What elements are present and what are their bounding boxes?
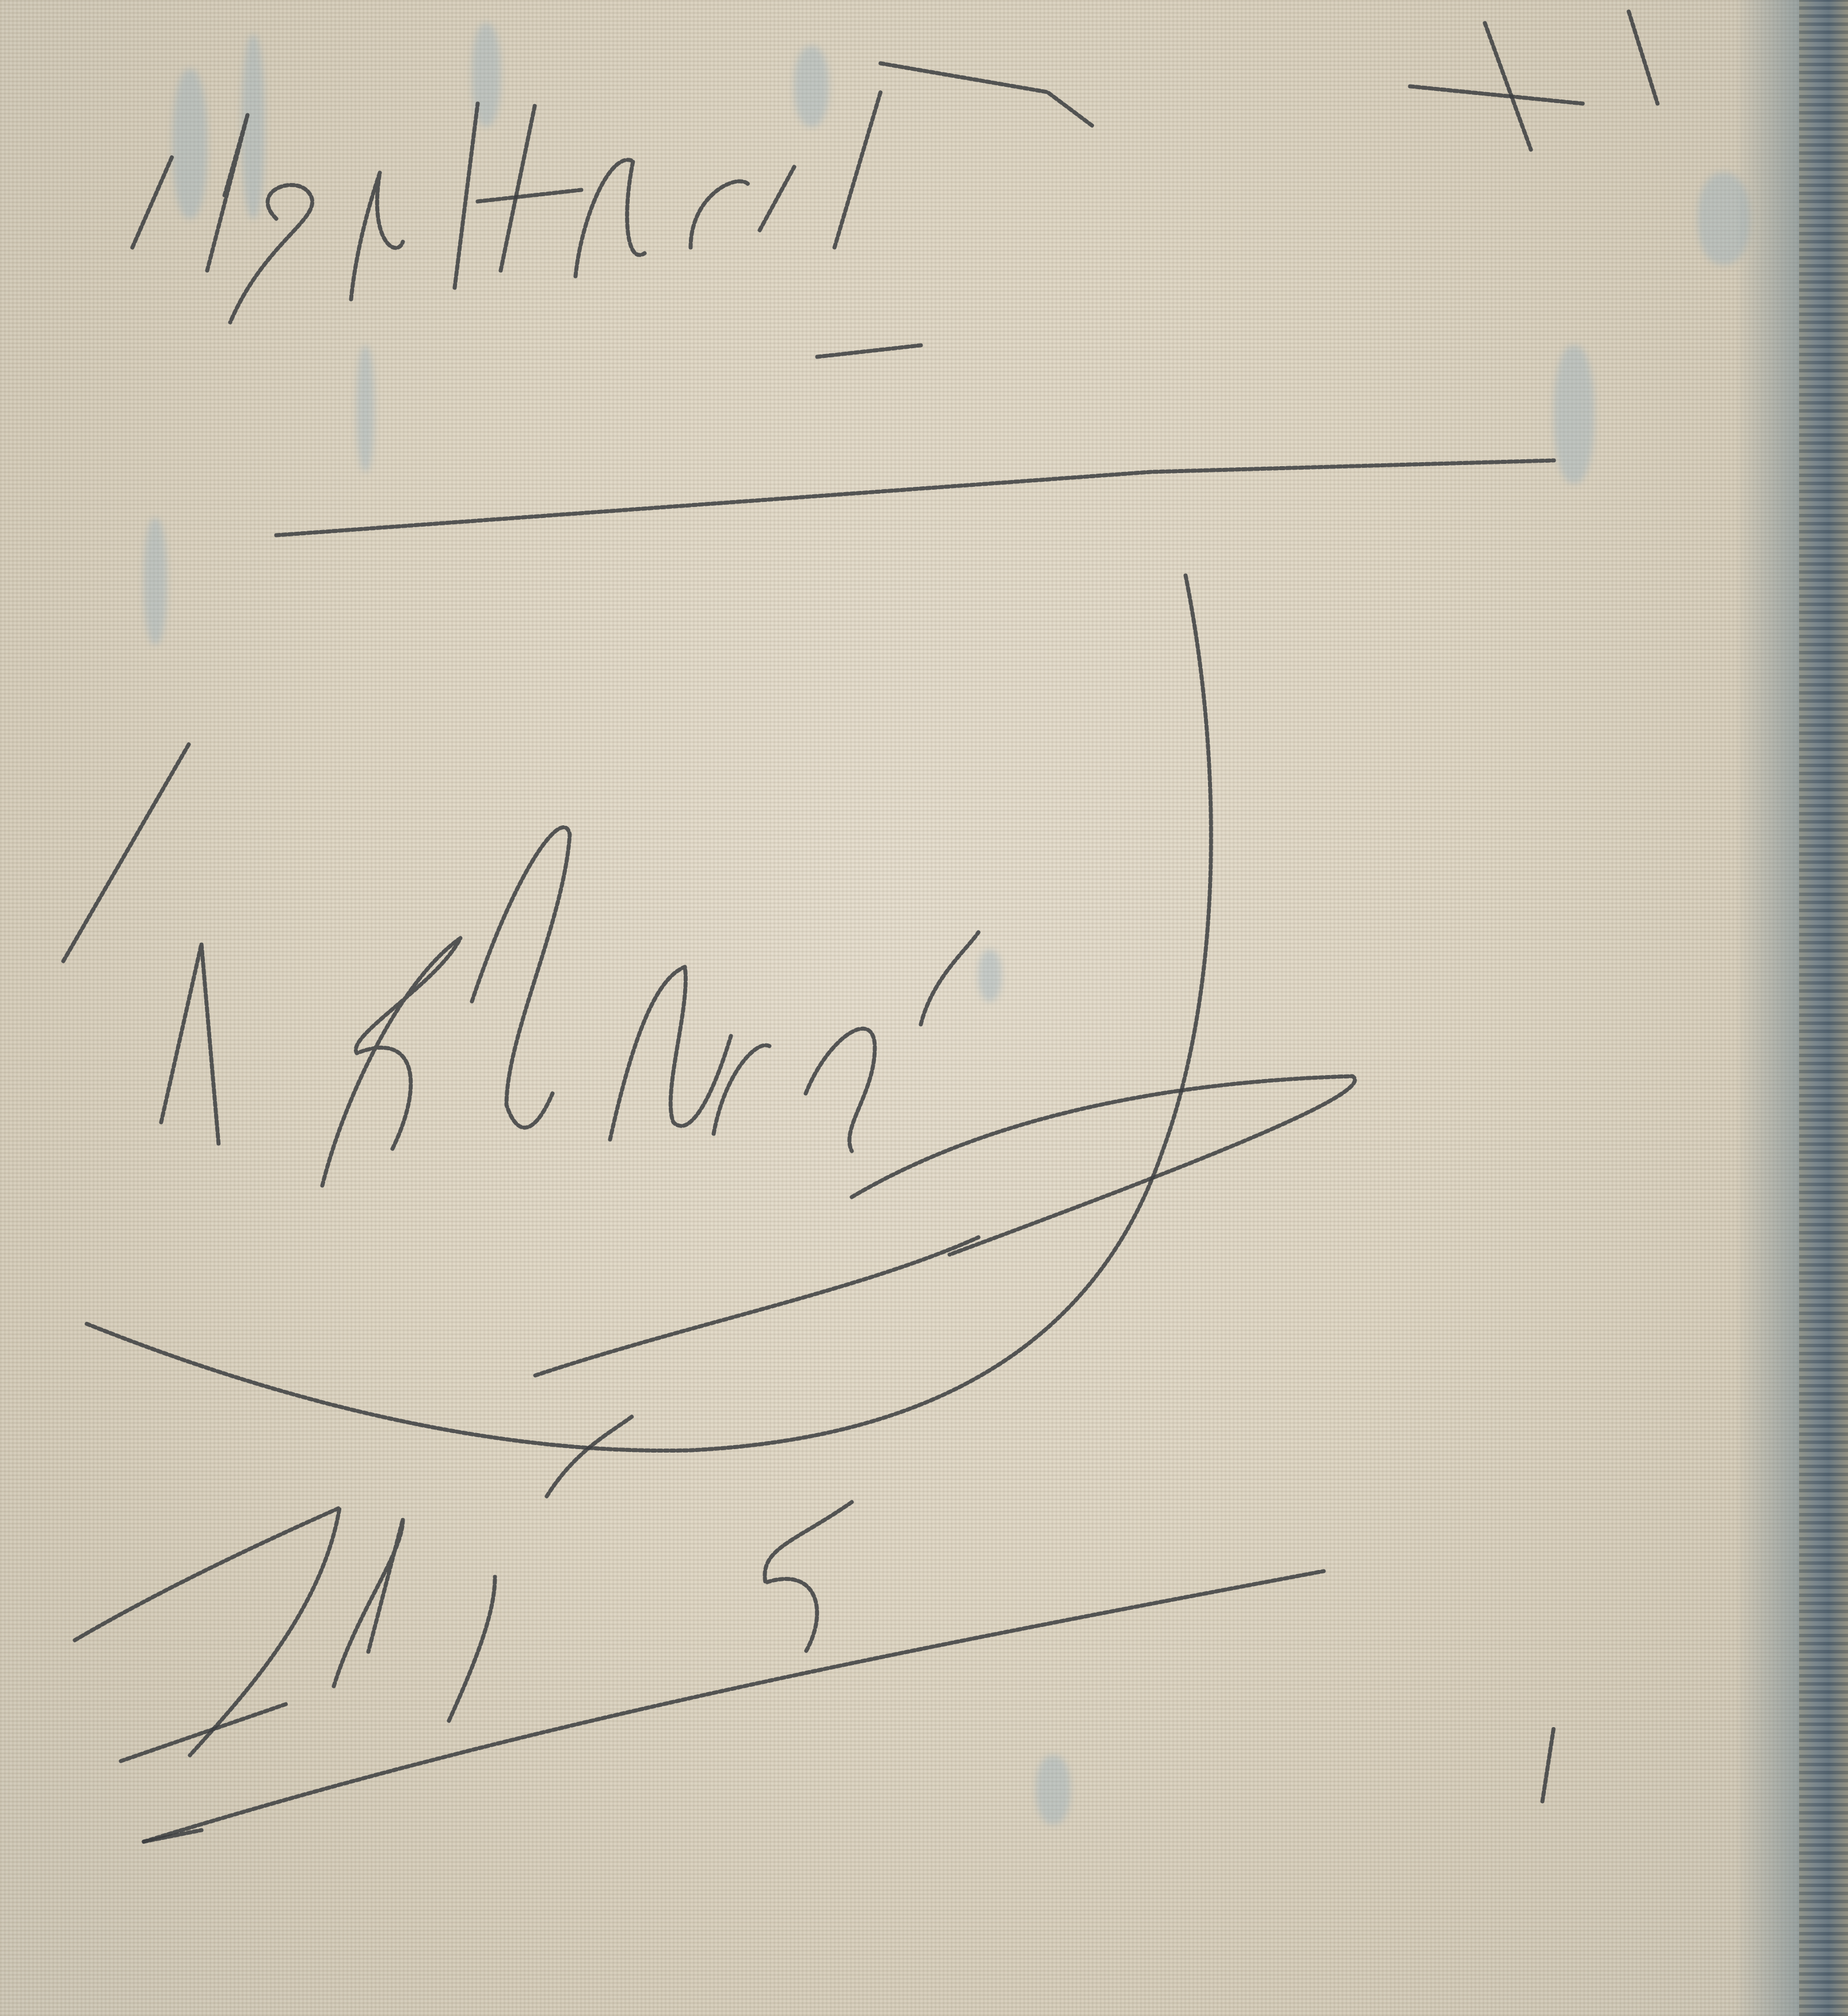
stretcher-bar: [1799, 0, 1848, 2016]
charcoal-inscriptions: [0, 0, 1804, 2016]
canvas-back-photo: Raw off-white canvas reverse with illegi…: [0, 0, 1848, 2016]
bottom-inscription: [75, 1416, 1554, 1842]
center-signature: [63, 576, 1355, 1451]
top-inscription: [132, 12, 1658, 535]
canvas-surface: [0, 0, 1804, 2016]
